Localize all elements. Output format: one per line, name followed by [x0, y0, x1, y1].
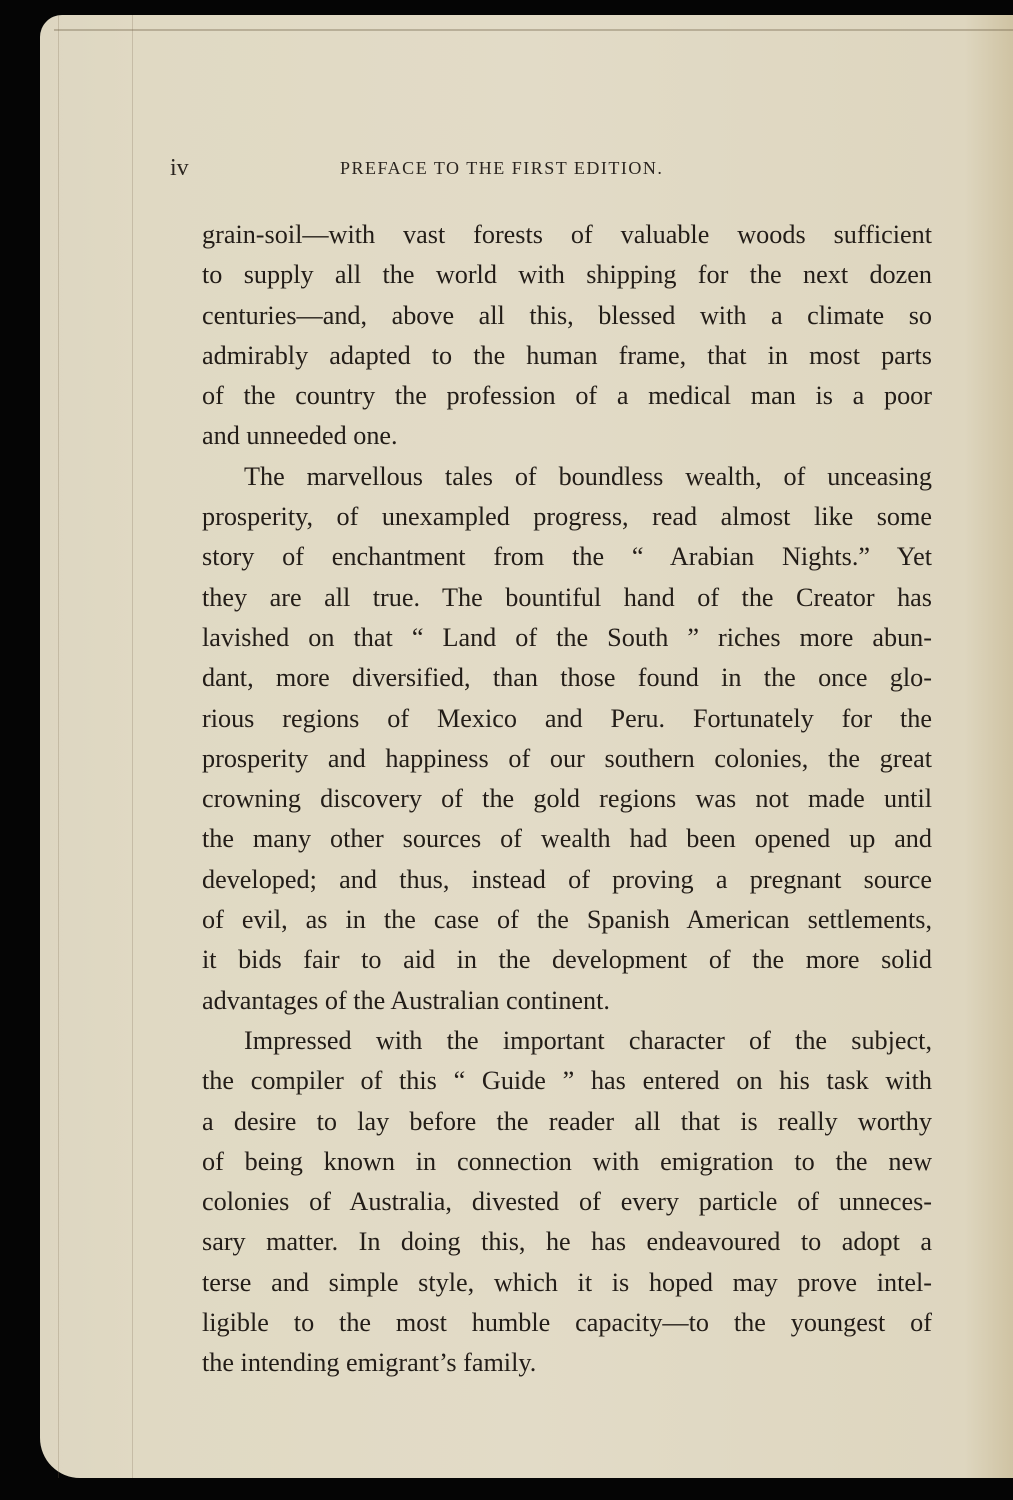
text-line: developed; and thus, instead of proving …: [202, 860, 932, 900]
paragraph: Impressed with the important character o…: [202, 1021, 932, 1384]
body-text: grain-soil—with vast forests of valuable…: [202, 215, 932, 1384]
text-line: terse and simple style, which it is hope…: [202, 1263, 932, 1303]
text-line: to supply all the world with shipping fo…: [202, 255, 932, 295]
text-line: of the country the profession of a medic…: [202, 376, 932, 416]
text-line: grain-soil—with vast forests of valuable…: [202, 215, 932, 255]
paragraph: grain-soil—with vast forests of valuable…: [202, 215, 932, 457]
text-line: it bids fair to aid in the development o…: [202, 940, 932, 980]
book-page: iv PREFACE TO THE FIRST EDITION. grain-s…: [40, 15, 1013, 1478]
running-head: iv PREFACE TO THE FIRST EDITION.: [40, 155, 1013, 185]
text-line: they are all true. The bountiful hand of…: [202, 578, 932, 618]
text-line: of being known in connection with emigra…: [202, 1142, 932, 1182]
text-line: of evil, as in the case of the Spanish A…: [202, 900, 932, 940]
text-line: The marvellous tales of boundless wealth…: [202, 457, 932, 497]
running-title: PREFACE TO THE FIRST EDITION.: [340, 158, 663, 179]
text-line: the intending emigrant’s family.: [202, 1343, 932, 1383]
page-edge-line: [58, 15, 59, 1478]
text-line: rious regions of Mexico and Peru. Fortun…: [202, 699, 932, 739]
text-line: the compiler of this “ Guide ” has enter…: [202, 1061, 932, 1101]
text-line: admirably adapted to the human frame, th…: [202, 336, 932, 376]
text-line: prosperity, of unexampled progress, read…: [202, 497, 932, 537]
text-line: a desire to lay before the reader all th…: [202, 1102, 932, 1142]
text-line: story of enchantment from the “ Arabian …: [202, 537, 932, 577]
text-line: Impressed with the important character o…: [202, 1021, 932, 1061]
text-line: the many other sources of wealth had bee…: [202, 819, 932, 859]
text-line: ligible to the most humble capacity—to t…: [202, 1303, 932, 1343]
text-line: dant, more diversified, than those found…: [202, 658, 932, 698]
text-line: prosperity and happiness of our southern…: [202, 739, 932, 779]
text-line: colonies of Australia, divested of every…: [202, 1182, 932, 1222]
gutter-fold-line: [132, 15, 133, 1478]
paragraph: The marvellous tales of boundless wealth…: [202, 457, 932, 1021]
text-line: advantages of the Australian continent.: [202, 981, 932, 1021]
text-line: centuries—and, above all this, blessed w…: [202, 296, 932, 336]
text-line: and unneeded one.: [202, 416, 932, 456]
page-number: iv: [170, 155, 189, 182]
text-line: crowning discovery of the gold regions w…: [202, 779, 932, 819]
page-top-edge: [54, 29, 1013, 31]
text-line: sary matter. In doing this, he has endea…: [202, 1222, 932, 1262]
text-line: lavished on that “ Land of the South ” r…: [202, 618, 932, 658]
